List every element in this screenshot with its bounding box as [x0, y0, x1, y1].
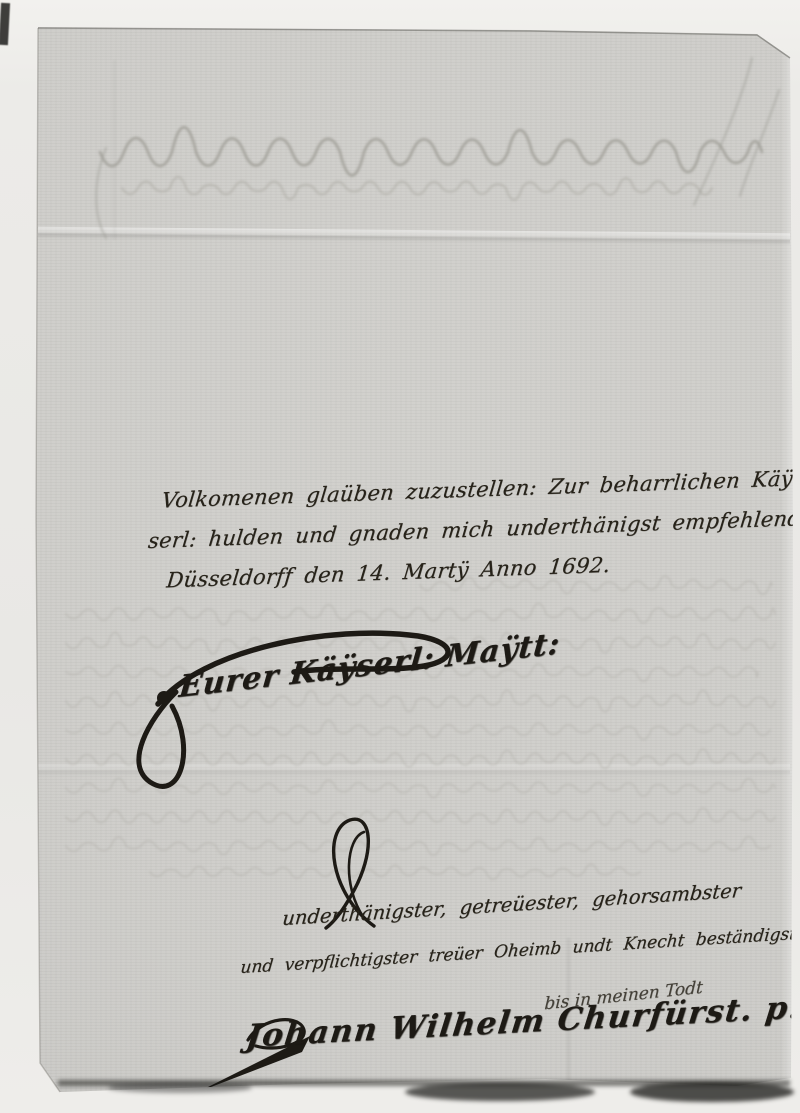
signature-line: Johann Wilhelm Churfürst. p.: [244, 989, 800, 1054]
fold-crease-horizontal: [38, 227, 790, 246]
manuscript-page: Volkomenen glaüben zuzustellen: Zur beha…: [0, 0, 800, 1113]
ink-showthrough-heading: [0, 0, 800, 260]
ink-blot: [157, 691, 171, 705]
salutation-flourish: [118, 608, 498, 808]
fold-crease-vertical: [113, 60, 116, 240]
stray-stroke: [694, 58, 752, 205]
fold-crease-horizontal: [38, 764, 790, 776]
flourish-stroke: [139, 692, 184, 786]
flourish-stroke: [194, 1090, 208, 1102]
closing-line-1: underthänigster, getreüester, gehorsambs…: [281, 879, 742, 930]
closing-line-2: und verpflichtigster treüer Oheimb undt …: [240, 924, 797, 978]
stray-stroke: [740, 90, 779, 196]
photograph-backdrop: Volkomenen glaüben zuzustellen: Zur beha…: [0, 0, 800, 1113]
letter-body: Volkomenen glaüben zuzustellen: Zur beha…: [116, 458, 800, 602]
scan-corner-mark: [0, 3, 10, 45]
stray-stroke: [96, 148, 106, 238]
salutation-signature: Eurer Käÿserl: Maÿtt:: [178, 626, 562, 705]
